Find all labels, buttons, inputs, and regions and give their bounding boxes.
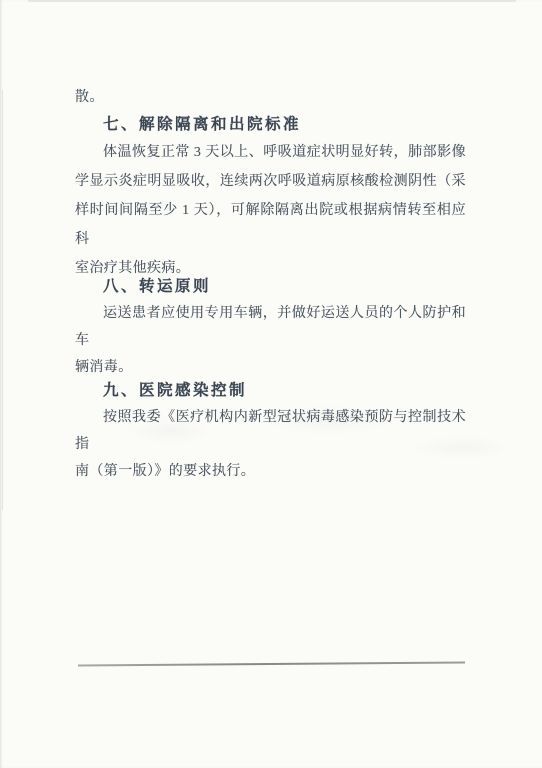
text-line: 样时间间隔至少 1 天），可解除隔离出院或根据病情转至相应科 <box>75 196 466 254</box>
paragraph-discharge-criteria: 体温恢复正常 3 天以上、呼吸道症状明显好转，肺部影像 学显示炎症明显吸收，连续… <box>75 138 466 283</box>
paragraph-tail-line: 散。 <box>75 84 466 111</box>
text-line: 按照我委《医疗机构内新型冠状病毒感染预防与控制技术指 <box>75 404 466 458</box>
text-line: 学显示炎症明显吸收，连续两次呼吸道病原核酸检测阴性（采 <box>75 167 466 196</box>
text-line: 南（第一版）》的要求执行。 <box>75 458 466 485</box>
section-heading-8-transport-principles: 八、转运原则 <box>75 273 466 300</box>
section-heading-7-discharge-criteria: 七、解除隔离和出院标准 <box>75 111 466 138</box>
document-body: 散。 七、解除隔离和出院标准 体温恢复正常 3 天以上、呼吸道症状明显好转，肺部… <box>75 84 466 485</box>
footer-separator-line <box>78 661 465 666</box>
document-page: 散。 七、解除隔离和出院标准 体温恢复正常 3 天以上、呼吸道症状明显好转，肺部… <box>0 0 542 768</box>
paragraph-infection-control: 按照我委《医疗机构内新型冠状病毒感染预防与控制技术指 南（第一版）》的要求执行。 <box>75 404 466 485</box>
paragraph-transport-principles: 运送患者应使用专用车辆，并做好运送人员的个人防护和车 辆消毒。 <box>75 300 466 381</box>
section-heading-9-infection-control: 九、医院感染控制 <box>75 377 466 404</box>
scan-artifact-top-edge <box>28 0 516 2</box>
text-line: 体温恢复正常 3 天以上、呼吸道症状明显好转，肺部影像 <box>75 138 466 167</box>
text-line: 运送患者应使用专用车辆，并做好运送人员的个人防护和车 <box>75 300 466 354</box>
scan-artifact-left-edge <box>2 90 3 510</box>
